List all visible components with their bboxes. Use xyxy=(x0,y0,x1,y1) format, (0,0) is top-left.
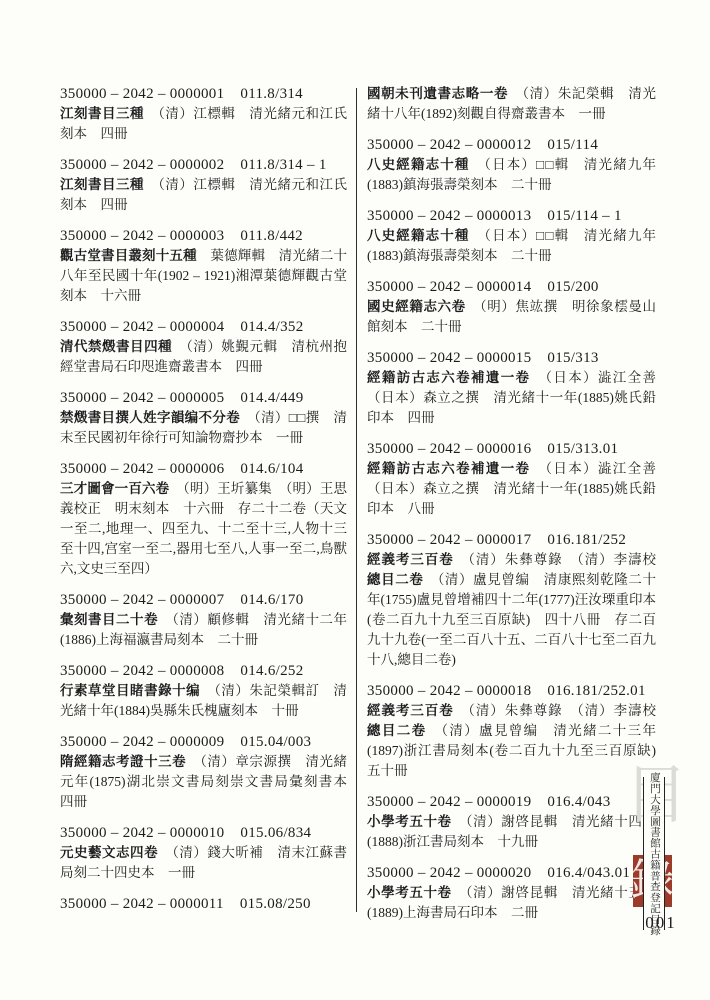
entry-registration-number: 350000 – 2042 – 0000012 xyxy=(367,137,531,153)
entry-title: 隋經籍志考證十三卷 xyxy=(60,754,186,769)
catalog-entry: 350000 – 2042 – 0000006014.6/104三才圖會一百六卷… xyxy=(60,459,347,579)
entry-id-line: 350000 – 2042 – 0000003011.8/442 xyxy=(60,226,347,246)
catalog-entry: 350000 – 2042 – 0000004014.4/352清代禁燬書目四種… xyxy=(60,317,347,377)
catalog-page: 350000 – 2042 – 0000001011.8/314江刻書目三種 （… xyxy=(0,0,710,1000)
catalog-entry: 350000 – 2042 – 0000014015/200國史經籍志六卷 （明… xyxy=(367,277,656,337)
entry-registration-number: 350000 – 2042 – 0000005 xyxy=(60,390,224,406)
entry-registration-number: 350000 – 2042 – 0000004 xyxy=(60,319,224,335)
entry-id-line: 350000 – 2042 – 0000019016.4/043 xyxy=(367,792,656,812)
entry-call-number: 016.181/252.01 xyxy=(547,683,645,699)
entry-description: 觀古堂書目叢刻十五種 葉德輝輯 清光緒二十八年至民國十年(1902 – 1921… xyxy=(60,246,347,306)
catalog-entry: 350000 – 2042 – 0000013015/114 – 1八史經籍志十… xyxy=(367,206,656,266)
entry-title: 三才圖會一百六卷 xyxy=(60,481,169,496)
entry-id-line: 350000 – 2042 – 0000008014.6/252 xyxy=(60,661,347,681)
entry-title: 觀古堂書目叢刻十五種 xyxy=(60,248,197,263)
entry-call-number: 015.06/834 xyxy=(240,825,311,841)
catalog-entry: 350000 – 2042 – 0000010015.06/834元史藝文志四卷… xyxy=(60,823,347,883)
catalog-entry: 350000 – 2042 – 0000012015/114八史經籍志十種 （日… xyxy=(367,135,656,195)
entry-call-number: 011.8/314 xyxy=(240,86,303,102)
entry-call-number: 015/313.01 xyxy=(547,441,618,457)
entry-call-number: 014.6/252 xyxy=(240,663,303,679)
entry-call-number: 016.4/043.01 xyxy=(547,865,630,881)
entry-registration-number: 350000 – 2042 – 0000001 xyxy=(60,86,224,102)
entry-description: 經義考三百卷 （清）朱彝尊錄 （清）李濤校 總目二卷 （清）盧見曾编 清光緒二十… xyxy=(367,701,656,781)
entry-description: 三才圖會一百六卷 （明）王圻纂集 （明）王思義校正 明末刻本 十六冊 存二十二卷… xyxy=(60,479,347,579)
entry-registration-number: 350000 – 2042 – 0000007 xyxy=(60,592,224,608)
entry-id-line: 350000 – 2042 – 0000017016.181/252 xyxy=(367,530,656,550)
entry-title: 總目二卷 xyxy=(367,572,423,587)
entry-registration-number: 350000 – 2042 – 0000015 xyxy=(367,350,531,366)
entry-title: 彙刻書目二十卷 xyxy=(60,612,158,627)
entry-registration-number: 350000 – 2042 – 0000013 xyxy=(367,208,531,224)
entry-registration-number: 350000 – 2042 – 0000016 xyxy=(367,441,531,457)
entry-registration-number: 350000 – 2042 – 0000018 xyxy=(367,683,531,699)
entry-call-number: 015.04/003 xyxy=(240,734,311,750)
entry-id-line: 350000 – 2042 – 0000014015/200 xyxy=(367,277,656,297)
entry-description: 經籍訪古志六卷補遺一卷 （日本）澁江全善 （日本）森立之撰 清光緒十一年(188… xyxy=(367,368,656,428)
entry-description: 國朝未刊遺書志略一卷 （清）朱記榮輯 清光緒十八年(1892)刻觀自得齋叢書本 … xyxy=(367,84,656,124)
catalog-entry: 350000 – 2042 – 0000002011.8/314 – 1江刻書目… xyxy=(60,155,347,215)
entry-id-line: 350000 – 2042 – 0000015015/313 xyxy=(367,348,656,368)
entry-registration-number: 350000 – 2042 – 0000020 xyxy=(367,865,531,881)
spine-label-text: 廈門大學圖書館古籍普查登記目錄 xyxy=(645,772,663,936)
catalog-entry: 350000 – 2042 – 0000011015.08/250 xyxy=(60,894,347,914)
entry-id-line: 350000 – 2042 – 0000006014.6/104 xyxy=(60,459,347,479)
entry-description: 彙刻書目二十卷 （清）顧修輯 清光緒十二年(1886)上海福瀛書局刻本 二十冊 xyxy=(60,610,347,650)
catalog-entry: 350000 – 2042 – 0000009015.04/003隋經籍志考證十… xyxy=(60,732,347,812)
entry-title: 禁燬書目撰人姓字韻编不分卷 xyxy=(60,410,240,425)
catalog-entry: 350000 – 2042 – 0000018016.181/252.01經義考… xyxy=(367,681,656,781)
page-number: 001 xyxy=(640,913,682,933)
entry-call-number: 015/313 xyxy=(547,350,598,366)
entry-id-line: 350000 – 2042 – 0000011015.08/250 xyxy=(60,894,347,914)
entry-description: 行素草堂目睹書錄十编 （清）朱記榮輯訂 清光緒十年(1884)吳縣朱氏槐廬刻本 … xyxy=(60,681,347,721)
entry-description: 國史經籍志六卷 （明）焦竑撰 明徐象橒曼山館刻本 二十冊 xyxy=(367,297,656,337)
entry-id-line: 350000 – 2042 – 0000012015/114 xyxy=(367,135,656,155)
entry-id-line: 350000 – 2042 – 0000001011.8/314 xyxy=(60,84,347,104)
entry-title: 國史經籍志六卷 xyxy=(367,299,466,314)
entry-id-line: 350000 – 2042 – 0000020016.4/043.01 xyxy=(367,863,656,883)
entry-title: 經義考三百卷 xyxy=(367,703,454,718)
entry-title: 清代禁燬書目四種 xyxy=(60,339,172,354)
entry-call-number: 011.8/314 – 1 xyxy=(240,157,326,173)
entry-call-number: 014.4/352 xyxy=(240,319,303,335)
entry-detail-text: （清）朱彝尊錄 （清）李濤校 xyxy=(454,552,670,567)
entry-description: 經義考三百卷 （清）朱彝尊錄 （清）李濤校 總目二卷 （清）盧見曾编 清康熙刻乾… xyxy=(367,550,656,670)
entry-call-number: 014.6/104 xyxy=(240,461,303,477)
entry-title: 八史經籍志十種 xyxy=(367,157,470,172)
entry-registration-number: 350000 – 2042 – 0000010 xyxy=(60,825,224,841)
entry-description: 元史藝文志四卷 （清）錢大昕補 清末江蘇書局刻二十四史本 一冊 xyxy=(60,843,347,883)
entry-id-line: 350000 – 2042 – 0000010015.06/834 xyxy=(60,823,347,843)
catalog-entry: 350000 – 2042 – 0000017016.181/252經義考三百卷… xyxy=(367,530,656,670)
entry-title: 國朝未刊遺書志略一卷 xyxy=(367,86,508,101)
spine-label-box: 廈門大學圖書館古籍普查登記目錄 xyxy=(643,777,665,930)
entry-title: 經義考三百卷 xyxy=(367,552,454,567)
entry-title: 小學考五十卷 xyxy=(367,814,452,829)
entry-description: 小學考五十卷 （清）謝啓昆輯 清光緒十五年(1889)上海書局石印本 二冊 xyxy=(367,883,656,923)
entry-title: 江刻書目三種 xyxy=(60,177,144,192)
entry-registration-number: 350000 – 2042 – 0000006 xyxy=(60,461,224,477)
entry-description: 小學考五十卷 （清）謝啓昆輯 清光緒十四年(1888)浙江書局刻本 十九冊 xyxy=(367,812,656,852)
entry-call-number: 016.181/252 xyxy=(547,532,626,548)
catalog-entry: 350000 – 2042 – 0000005014.4/449禁燬書目撰人姓字… xyxy=(60,388,347,448)
catalog-entry: 國朝未刊遺書志略一卷 （清）朱記榮輯 清光緒十八年(1892)刻觀自得齋叢書本 … xyxy=(367,84,656,124)
entry-id-line: 350000 – 2042 – 0000007014.6/170 xyxy=(60,590,347,610)
catalog-entry: 350000 – 2042 – 0000001011.8/314江刻書目三種 （… xyxy=(60,84,347,144)
entry-title: 八史經籍志十種 xyxy=(367,228,470,243)
entry-description: 江刻書目三種 （清）江標輯 清光緒元和江氏刻本 四冊 xyxy=(60,175,347,215)
entry-call-number: 015.08/250 xyxy=(240,896,311,912)
entry-description: 經籍訪古志六卷補遺一卷 （日本）澁江全善 （日本）森立之撰 清光緒十一年(188… xyxy=(367,459,656,519)
catalog-entry: 350000 – 2042 – 0000019016.4/043小學考五十卷 （… xyxy=(367,792,656,852)
entry-id-line: 350000 – 2042 – 0000013015/114 – 1 xyxy=(367,206,656,226)
entry-call-number: 015/114 xyxy=(547,137,598,153)
entry-description: 江刻書目三種 （清）江標輯 清光緒元和江氏刻本 四冊 xyxy=(60,104,347,144)
entry-registration-number: 350000 – 2042 – 0000019 xyxy=(367,794,531,810)
entry-description: 八史經籍志十種 （日本）□□輯 清光緒九年(1883)鎮海張壽榮刻本 二十冊 xyxy=(367,155,656,195)
catalog-entry: 350000 – 2042 – 0000003011.8/442觀古堂書目叢刻十… xyxy=(60,226,347,306)
entry-title: 行素草堂目睹書錄十编 xyxy=(60,683,200,698)
entry-title: 經籍訪古志六卷補遺一卷 xyxy=(367,461,530,476)
entry-id-line: 350000 – 2042 – 0000004014.4/352 xyxy=(60,317,347,337)
entry-call-number: 014.6/170 xyxy=(240,592,303,608)
entry-call-number: 011.8/442 xyxy=(240,228,303,244)
catalog-entry: 350000 – 2042 – 0000016015/313.01經籍訪古志六卷… xyxy=(367,439,656,519)
entry-registration-number: 350000 – 2042 – 0000014 xyxy=(367,279,531,295)
entry-description: 清代禁燬書目四種 （清）姚覲元輯 清杭州抱經堂書局石印咫進齋叢書本 四冊 xyxy=(60,337,347,377)
catalog-entry: 350000 – 2042 – 0000007014.6/170彙刻書目二十卷 … xyxy=(60,590,347,650)
entry-call-number: 015/200 xyxy=(547,279,598,295)
catalog-entry: 350000 – 2042 – 0000008014.6/252行素草堂目睹書錄… xyxy=(60,661,347,721)
entry-registration-number: 350000 – 2042 – 0000017 xyxy=(367,532,531,548)
entry-registration-number: 350000 – 2042 – 0000003 xyxy=(60,228,224,244)
entry-description: 隋經籍志考證十三卷 （清）章宗源撰 清光緒元年(1875)湖北崇文書局刻崇文書局… xyxy=(60,752,347,812)
catalog-column-left: 350000 – 2042 – 0000001011.8/314江刻書目三種 （… xyxy=(60,84,347,925)
catalog-entry: 350000 – 2042 – 0000020016.4/043.01小學考五十… xyxy=(367,863,656,923)
entry-registration-number: 350000 – 2042 – 0000011 xyxy=(60,896,224,912)
catalog-entry: 350000 – 2042 – 0000015015/313經籍訪古志六卷補遺一… xyxy=(367,348,656,428)
entry-title: 經籍訪古志六卷補遺一卷 xyxy=(367,370,530,385)
column-divider-rule xyxy=(356,88,357,912)
entry-call-number: 016.4/043 xyxy=(547,794,610,810)
entry-title: 元史藝文志四卷 xyxy=(60,845,158,860)
entry-registration-number: 350000 – 2042 – 0000008 xyxy=(60,663,224,679)
entry-registration-number: 350000 – 2042 – 0000002 xyxy=(60,157,224,173)
entry-title: 總目二卷 xyxy=(367,723,426,738)
entry-call-number: 015/114 – 1 xyxy=(547,208,621,224)
entry-title: 江刻書目三種 xyxy=(60,106,144,121)
entry-call-number: 014.4/449 xyxy=(240,390,303,406)
entry-title: 小學考五十卷 xyxy=(367,885,452,900)
entry-id-line: 350000 – 2042 – 0000018016.181/252.01 xyxy=(367,681,656,701)
entry-detail-text: （清）朱彝尊錄 （清）李濤校 xyxy=(454,703,670,718)
entry-description: 八史經籍志十種 （日本）□□輯 清光緒九年(1883)鎮海張壽榮刻本 二十冊 xyxy=(367,226,656,266)
entry-id-line: 350000 – 2042 – 0000009015.04/003 xyxy=(60,732,347,752)
catalog-column-right: 國朝未刊遺書志略一卷 （清）朱記榮輯 清光緒十八年(1892)刻觀自得齋叢書本 … xyxy=(367,84,656,934)
entry-id-line: 350000 – 2042 – 0000016015/313.01 xyxy=(367,439,656,459)
entry-description: 禁燬書目撰人姓字韻编不分卷 （清）□□撰 清末至民國初年徐行可知論物齋抄本 一冊 xyxy=(60,408,347,448)
entry-id-line: 350000 – 2042 – 0000002011.8/314 – 1 xyxy=(60,155,347,175)
entry-registration-number: 350000 – 2042 – 0000009 xyxy=(60,734,224,750)
entry-id-line: 350000 – 2042 – 0000005014.4/449 xyxy=(60,388,347,408)
